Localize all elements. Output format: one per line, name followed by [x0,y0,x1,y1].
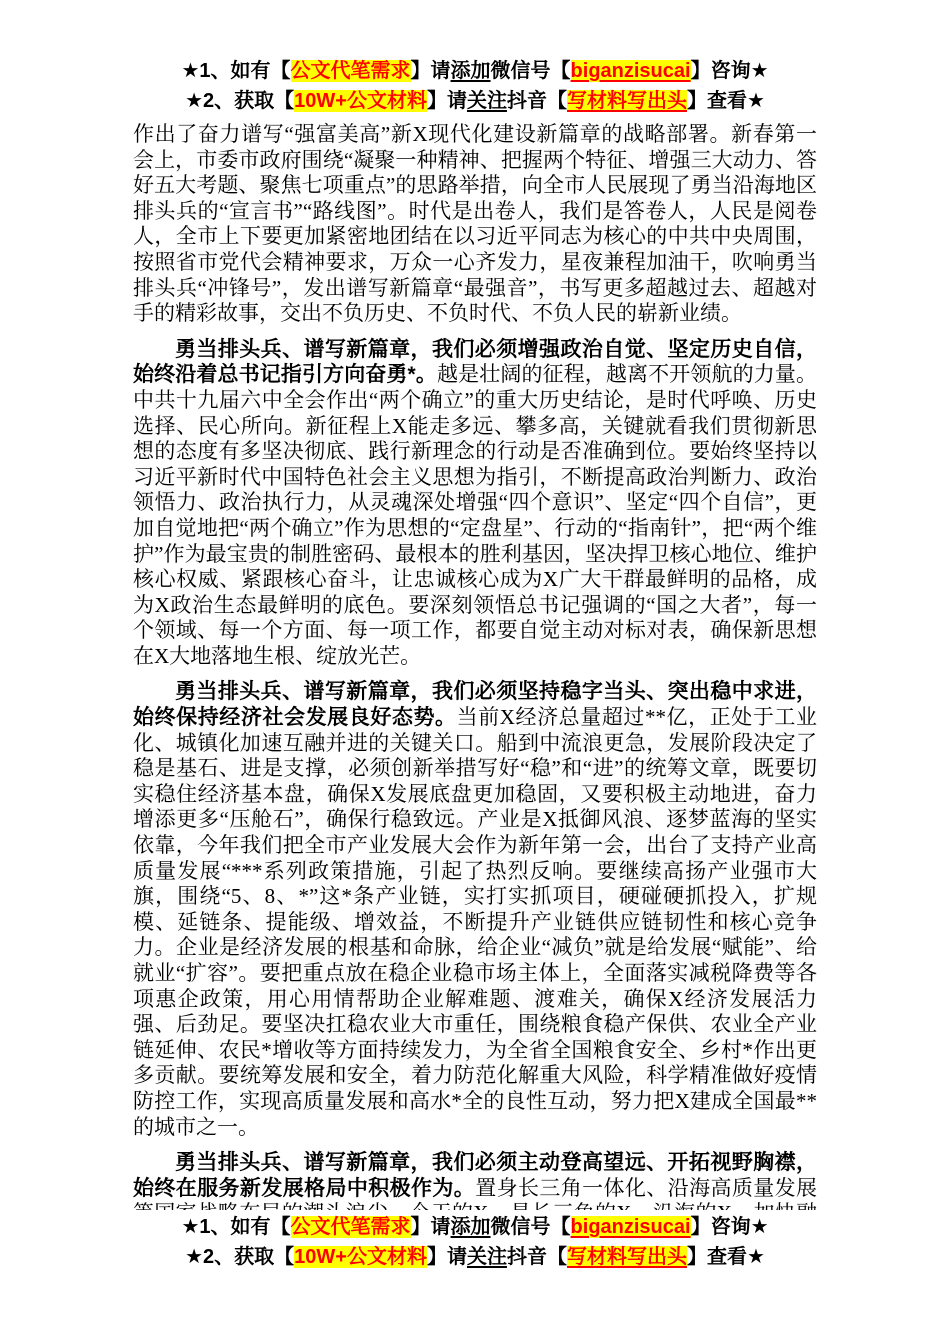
promo-underline-add: 添加 [451,60,491,82]
promo-text: ★1、如有【 [181,1216,290,1238]
promo-text: ★2、获取【 [185,1246,294,1268]
promo-underline-follow: 关注 [467,90,507,112]
promo-text: 】咨询★ [691,60,769,82]
paragraph-text: 当前X经济总量超过**亿，正处于工业化、城镇化加速互融并进的关键关口。船到中流浪… [133,705,817,1139]
promo-banner-bottom: ★1、如有【公文代笔需求】请添加微信号【biganzisucai】咨询★ ★2、… [0,1212,950,1272]
promo-text: 微信号【 [491,60,571,82]
promo-line-2: ★2、获取【10W+公文材料】请关注抖音【写材料写出头】查看★ [0,86,950,116]
paragraph-continuation: 作出了奋力谱写“强富美高”新X现代化建设新篇章的战略部署。新春第一会上，市委市政… [133,122,817,327]
document-page: ★1、如有【公文代笔需求】请添加微信号【biganzisucai】咨询★ ★2、… [0,0,950,1344]
promo-line-1: ★1、如有【公文代笔需求】请添加微信号【biganzisucai】咨询★ [0,56,950,86]
paragraph-development-pattern: 勇当排头兵、谱写新篇章，我们必须主动登高望远、开拓视野胸襟，始终在服务新发展格局… [133,1150,817,1210]
promo-text: ★1、如有【 [181,60,290,82]
promo-underline-add: 添加 [451,1216,491,1238]
paragraph-economic-stability: 勇当排头兵、谱写新篇章，我们必须坚持稳字当头、突出稳中求进，始终保持经济社会发展… [133,679,817,1140]
promo-highlight-materials: 10W+公文材料 [294,1246,427,1268]
promo-douyin-id: 写材料写出头 [567,1246,687,1268]
promo-text: 抖音【 [507,1246,567,1268]
promo-underline-follow: 关注 [467,1246,507,1268]
promo-highlight-service: 公文代笔需求 [291,1216,411,1238]
promo-wechat-id: biganzisucai [571,1216,691,1238]
paragraph-text: 越是壮阔的征程，越离不开领航的力量。中共十九届六中全会作出“两个确立”的重大历史… [133,362,817,668]
promo-text: 】咨询★ [691,1216,769,1238]
promo-text: 】查看★ [687,90,765,112]
promo-banner-top: ★1、如有【公文代笔需求】请添加微信号【biganzisucai】咨询★ ★2、… [0,56,950,116]
promo-text: 】请 [427,90,467,112]
promo-douyin-id: 写材料写出头 [567,90,687,112]
promo-text: ★2、获取【 [185,90,294,112]
paragraph-text: 作出了奋力谱写“强富美高”新X现代化建设新篇章的战略部署。新春第一会上，市委市政… [133,122,817,325]
promo-text: 微信号【 [491,1216,571,1238]
document-body: 作出了奋力谱写“强富美高”新X现代化建设新篇章的战略部署。新春第一会上，市委市政… [133,122,817,1210]
promo-text: 】请 [411,60,451,82]
promo-text: 】请 [411,1216,451,1238]
promo-wechat-id: biganzisucai [571,60,691,82]
promo-text: 】请 [427,1246,467,1268]
promo-highlight-materials: 10W+公文材料 [294,90,427,112]
promo-text: 抖音【 [507,90,567,112]
promo-line-1: ★1、如有【公文代笔需求】请添加微信号【biganzisucai】咨询★ [0,1212,950,1242]
promo-highlight-service: 公文代笔需求 [291,60,411,82]
paragraph-political-awareness: 勇当排头兵、谱写新篇章，我们必须增强政治自觉、坚定历史自信，始终沿着总书记指引方… [133,337,817,670]
promo-line-2: ★2、获取【10W+公文材料】请关注抖音【写材料写出头】查看★ [0,1242,950,1272]
promo-text: 】查看★ [687,1246,765,1268]
